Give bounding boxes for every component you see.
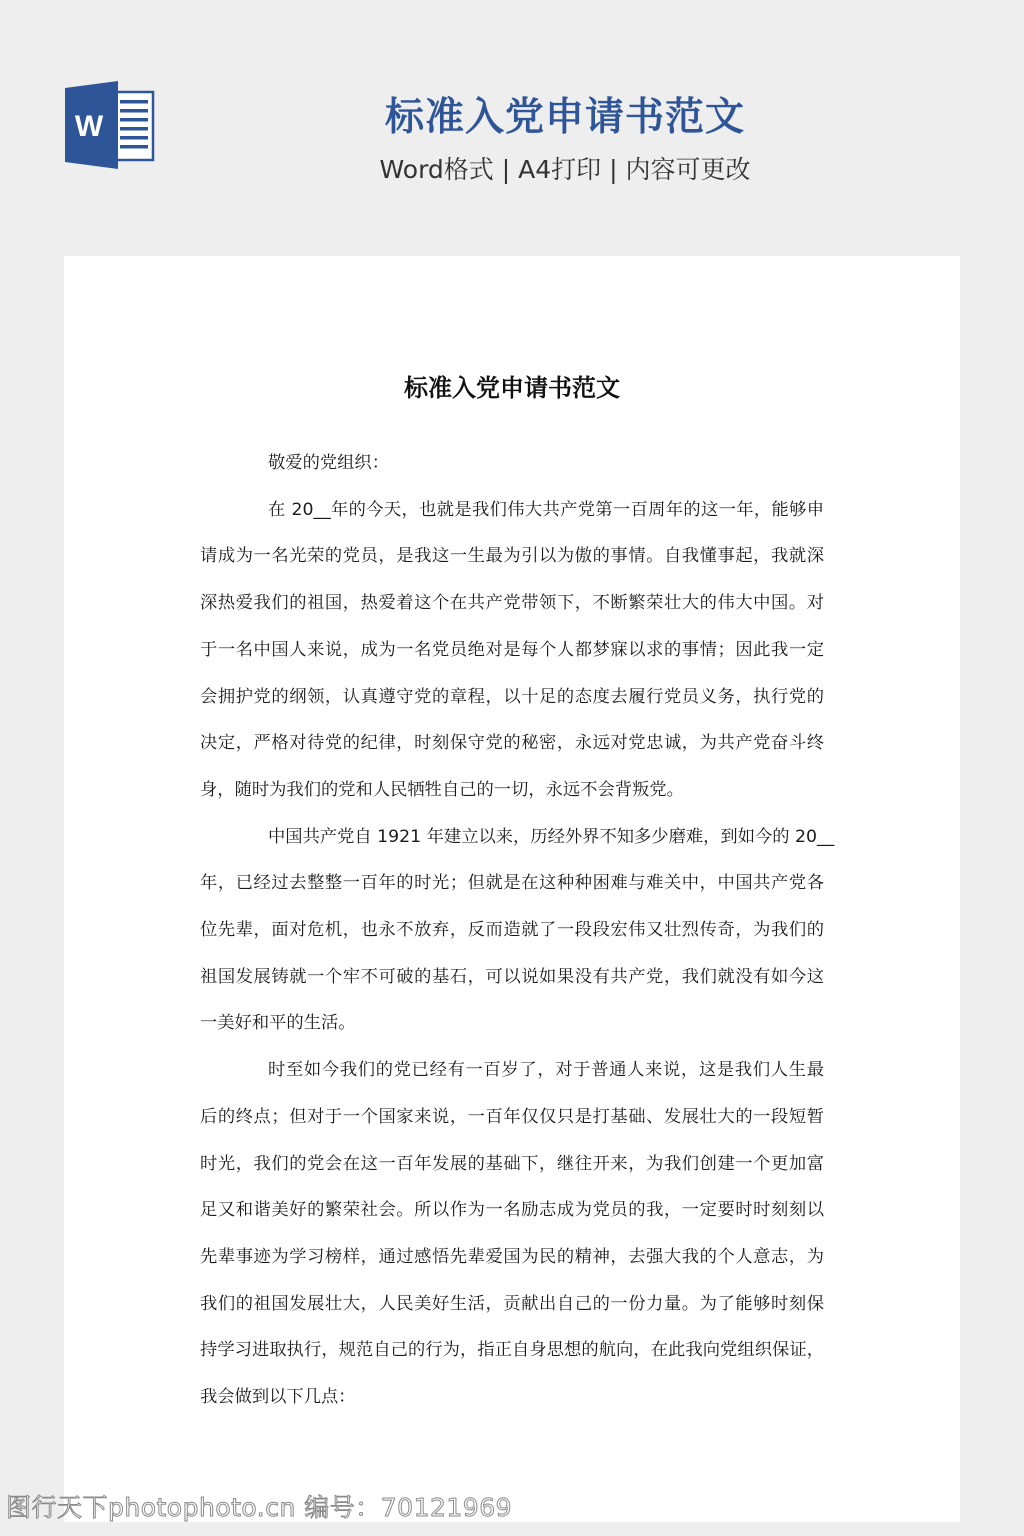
svg-text:W: W — [75, 110, 104, 143]
text-line: 会拥护党的纲领，认真遵守党的章程，以十足的态度去履行党员义务，执行党的 — [200, 674, 824, 721]
paragraph-2: 中国共产党自 1921 年建立以来，历经外界不知多少磨难，到如今的 20__ 年… — [200, 814, 824, 1048]
text-line: 先辈事迹为学习榜样，通过感悟先辈爱国为民的精神，去强大我的个人意志，为 — [200, 1234, 824, 1281]
text-line: 时光，我们的党会在这一百年发展的基础下，继往开来，为我们创建一个更加富 — [200, 1141, 824, 1188]
text-line: 后的终点；但对于一个国家来说，一百年仅仅只是打基础、发展壮大的一段短暂 — [200, 1094, 824, 1141]
text-line: 足又和谐美好的繁荣社会。所以作为一名励志成为党员的我，一定要时时刻刻以 — [200, 1187, 824, 1234]
text-line: 请成为一名光荣的党员，是我这一生最为引以为傲的事情。自我懂事起，我就深 — [200, 533, 824, 580]
text-line: 在 20__年的今天，也就是我们伟大共产党第一百周年的这一年，能够申 — [200, 487, 824, 534]
text-line: 中国共产党自 1921 年建立以来，历经外界不知多少磨难，到如今的 20__ — [200, 814, 824, 861]
document-title: 标准入党申请书范文 — [64, 368, 960, 408]
paragraph-3: 时至如今我们的党已经有一百岁了，对于普通人来说，这是我们人生最 后的终点；但对于… — [200, 1047, 824, 1421]
text-line: 祖国发展铸就一个牢不可破的基石，可以说如果没有共产党，我们就没有如今这 — [200, 954, 824, 1001]
text-line: 我会做到以下几点： — [200, 1374, 824, 1421]
text-line: 一美好和平的生活。 — [200, 1000, 824, 1047]
text-line: 于一名中国人来说，成为一名党员绝对是每个人都梦寐以求的事情；因此我一定 — [200, 627, 824, 674]
watermark: 图行天下photophoto.cn 编号：70121969 — [6, 1492, 512, 1524]
paragraph-1: 在 20__年的今天，也就是我们伟大共产党第一百周年的这一年，能够申 请成为一名… — [200, 487, 824, 814]
text-line: 持学习进取执行，规范自己的行为，指正自身思想的航向，在此我向党组织保证， — [200, 1327, 824, 1374]
header-title: 标准入党申请书范文 — [300, 94, 830, 142]
text-line: 决定，严格对待党的纪律，时刻保守党的秘密，永远对党忠诚，为共产党奋斗终 — [200, 720, 824, 767]
word-document-icon: W — [64, 80, 156, 170]
salutation: 敬爱的党组织： — [200, 440, 824, 487]
text-line: 我们的祖国发展壮大，人民美好生活，贡献出自己的一份力量。为了能够时刻保 — [200, 1281, 824, 1328]
text-line: 深热爱我们的祖国，热爱着这个在共产党带领下，不断繁荣壮大的伟大中国。对 — [200, 580, 824, 627]
text-line: 身，随时为我们的党和人民牺牲自己的一切，永远不会背叛党。 — [200, 767, 824, 814]
header-subtitle: Word格式 | A4打印 | 内容可更改 — [300, 152, 830, 188]
text-line: 年，已经过去整整一百年的时光；但就是在这种种困难与难关中，中国共产党各 — [200, 860, 824, 907]
text-line: 位先辈，面对危机，也永不放弃，反而造就了一段段宏伟又壮烈传奇，为我们的 — [200, 907, 824, 954]
document-body: 敬爱的党组织： 在 20__年的今天，也就是我们伟大共产党第一百周年的这一年，能… — [200, 440, 824, 1421]
document-page: 标准入党申请书范文 敬爱的党组织： 在 20__年的今天，也就是我们伟大共产党第… — [64, 256, 960, 1522]
text-line: 时至如今我们的党已经有一百岁了，对于普通人来说，这是我们人生最 — [200, 1047, 824, 1094]
